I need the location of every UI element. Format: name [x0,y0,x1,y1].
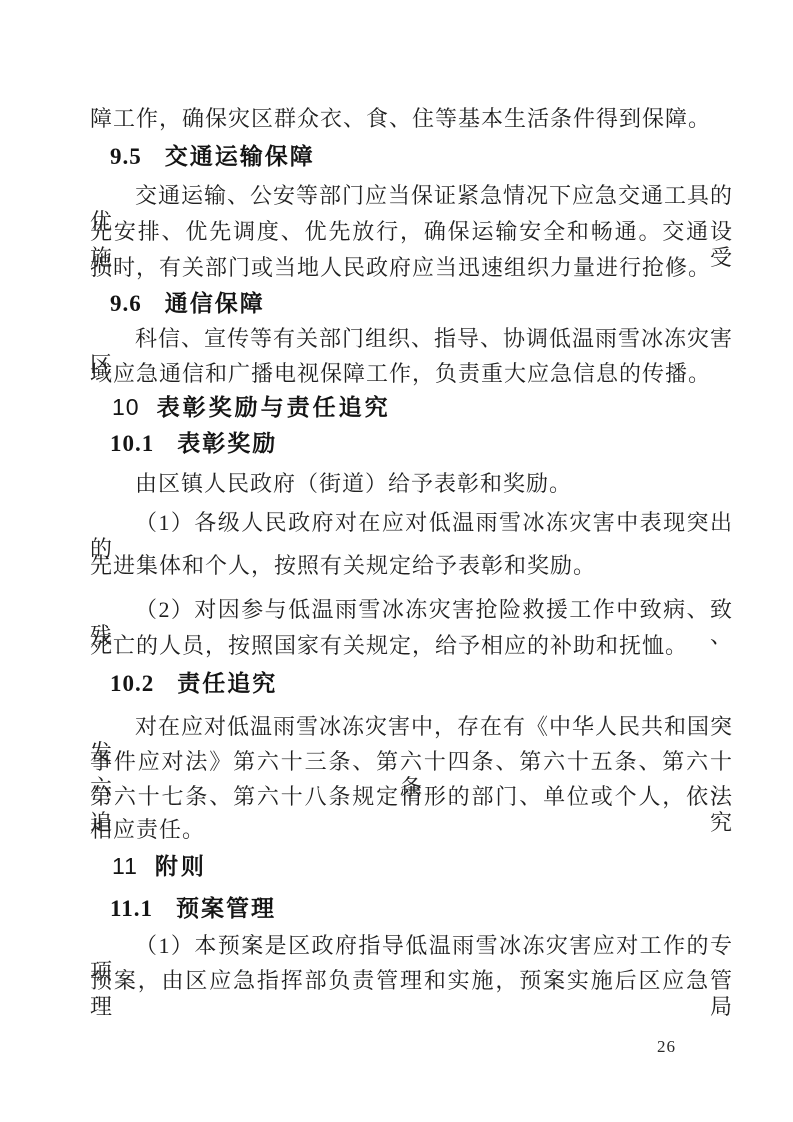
heading-title: 附则 [155,853,207,879]
body-line: 相应责任。 [90,817,733,843]
heading-number: 10.2 [110,671,154,696]
heading-number: 9.6 [110,291,142,316]
section-heading-9-6: 9.6通信保障 [90,291,753,317]
heading-number: 11 [112,853,138,879]
section-heading-9-5: 9.5交通运输保障 [90,144,753,170]
section-heading-10-1: 10.1表彰奖励 [90,431,753,457]
body-line: 由区镇人民政府（街道）给予表彰和奖励。 [90,471,733,497]
body-line: 障工作，确保灾区群众衣、食、住等基本生活条件得到保障。 [90,106,733,132]
page-number: 26 [657,1037,676,1057]
body-line: 先进集体和个人，按照有关规定给予表彰和奖励。 [90,553,733,579]
heading-title: 预案管理 [176,896,276,921]
body-line: 预案，由区应急指挥部负责管理和实施，预案实施后区应急管理局 [90,968,733,1020]
heading-title: 责任追究 [177,671,277,696]
heading-title: 表彰奖励 [177,431,277,456]
heading-title: 表彰奖励与责任追究 [157,394,391,420]
heading-title: 交通运输保障 [165,144,315,169]
body-line: 损时，有关部门或当地人民政府应当迅速组织力量进行抢修。 [90,255,733,281]
document-page: 障工作，确保灾区群众衣、食、住等基本生活条件得到保障。 9.5交通运输保障 交通… [0,0,793,1122]
body-line: 死亡的人员，按照国家有关规定，给予相应的补助和抚恤。 [90,633,733,659]
chapter-heading-10: 10表彰奖励与责任追究 [90,394,755,420]
section-heading-10-2: 10.2责任追究 [90,671,753,697]
heading-title: 通信保障 [165,291,265,316]
heading-number: 9.5 [110,144,142,169]
heading-number: 10.1 [110,431,154,456]
chapter-heading-11: 11附则 [90,853,755,879]
heading-number: 10 [112,394,140,420]
body-line: 域应急通信和广播电视保障工作，负责重大应急信息的传播。 [90,361,733,387]
section-heading-11-1: 11.1预案管理 [90,896,753,922]
heading-number: 11.1 [110,896,153,921]
